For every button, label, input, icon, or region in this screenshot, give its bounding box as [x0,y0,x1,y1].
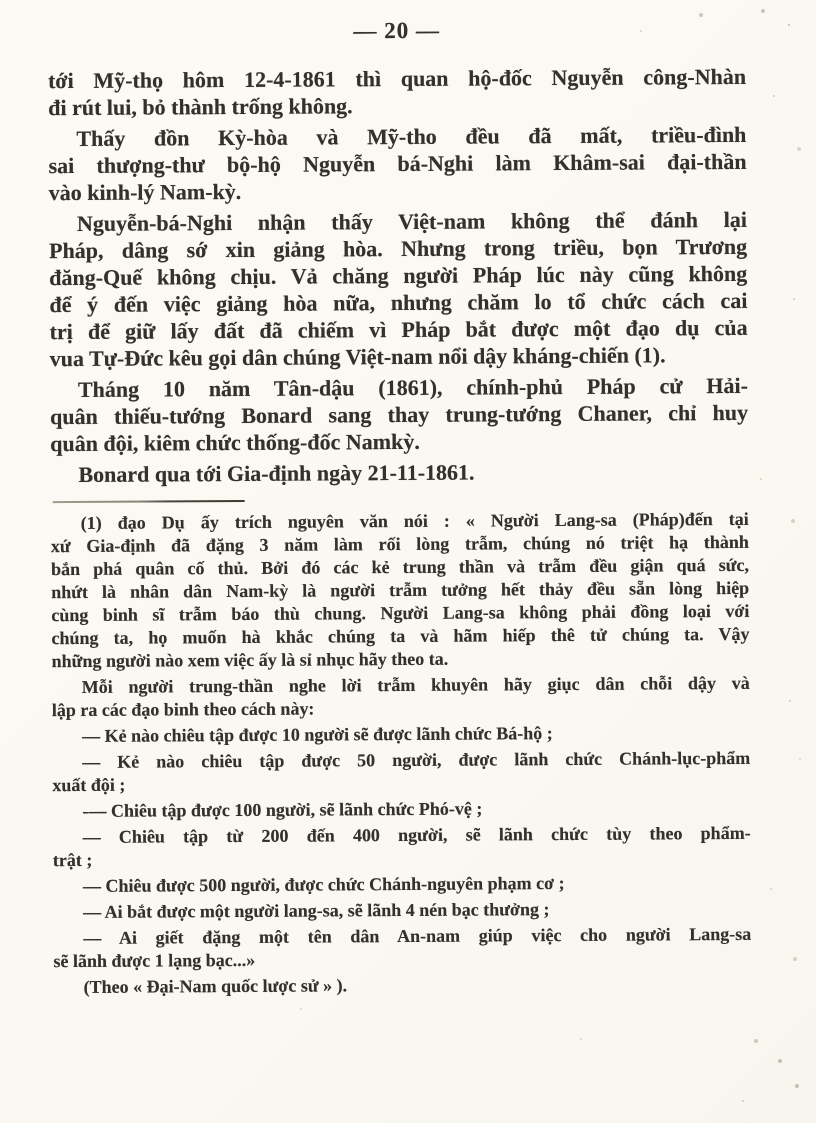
paragraph: — Chiêu được 500 người, được chức Chánh-… [53,871,751,898]
paragraph: Mỗi người trung-thần nghe lời trẫm khuyê… [52,672,750,722]
text-line: Pháp, dâng sớ xin giảng hòa. Nhưng trong… [49,233,747,264]
paragraph: -— Chiêu tập được 100 người, sẽ lãnh chứ… [52,796,750,823]
text-line: Thấy đồn Kỳ-hòa và Mỹ-tho đều đã mất, tr… [48,121,746,152]
text-line: — Kẻ nào chiêu tập được 50 người, được l… [52,747,750,774]
paragraph: — Chiêu tập từ 200 đến 400 người, sẽ lãn… [53,822,751,872]
text-line: — Chiêu được 500 người, được chức Chánh-… [53,871,751,898]
text-line: (Theo « Đại-Nam quốc lược sử » ). [54,972,752,999]
paragraph: Nguyễn-bá-Nghi nhận thấy Việt-nam không … [49,206,748,372]
paragraph: — Ai giết đặng một tên dân An-nam giúp v… [53,923,751,973]
text-line: quân thiếu-tướng Bonard sang thay trung-… [50,399,748,430]
text-line: -— Chiêu tập được 100 người, sẽ lãnh chứ… [52,796,750,823]
text-line: Bonard qua tới Gia-định ngày 21-11-1861. [50,457,748,488]
scanned-book-page: — 20 — tới Mỹ-thọ hôm 12-4-1861 thì quan… [0,0,816,1123]
text-line: xuất đội ; [52,770,750,797]
text-line: vua Tự-Đức kêu gọi dân chúng Việt-nam nổ… [50,341,748,372]
text-line: sai thượng-thư bộ-hộ Nguyễn bá-Nghi làm … [48,148,746,179]
scan-noise-specks [0,0,2,2]
text-line: Nguyễn-bá-Nghi nhận thấy Việt-nam không … [49,206,747,237]
text-line: Tháng 10 năm Tân-dậu (1861), chính-phủ P… [50,372,748,403]
text-line: quân đội, kiêm chức thống-đốc Namkỳ. [50,426,748,457]
text-line: — Chiêu tập từ 200 đến 400 người, sẽ lãn… [53,822,751,849]
text-line: chúng ta, họ muốn hà khắc chúng ta và hã… [51,623,749,650]
text-line: Mỗi người trung-thần nghe lời trẫm khuyê… [52,672,750,699]
paragraph: Thấy đồn Kỳ-hòa và Mỹ-tho đều đã mất, tr… [48,121,746,206]
text-line: vào kinh-lý Nam-kỳ. [49,175,747,206]
footnote-separator [53,500,245,503]
footnote-text: (1) đạo Dụ ấy trích nguyên văn nói : « N… [51,508,752,999]
paragraph: — Kẻ nào chiêu tập được 10 người sẽ được… [52,721,750,748]
paragraph: — Ai bắt được một người lang-sa, sẽ lãnh… [53,897,751,924]
text-line: tới Mỹ-thọ hôm 12-4-1861 thì quan hộ-đốc… [48,63,746,94]
page-number: — 20 — [48,16,746,46]
text-line: để ý đến việc giảng hòa nữa, nhưng chăm … [49,287,747,318]
text-line: những người nào xem việc ấy là sỉ nhục h… [52,646,750,673]
text-line: đi rút lui, bỏ thành trống không. [48,90,746,121]
text-line: lập ra các đạo binh theo cách này: [52,695,750,722]
body-text: tới Mỹ-thọ hôm 12-4-1861 thì quan hộ-đốc… [48,63,749,488]
text-line: trật ; [53,845,751,872]
paragraph: — Kẻ nào chiêu tập được 50 người, được l… [52,747,750,797]
text-line: — Kẻ nào chiêu tập được 10 người sẽ được… [52,721,750,748]
paragraph: Tháng 10 năm Tân-dậu (1861), chính-phủ P… [50,372,748,457]
text-line: sẽ lãnh được 1 lạng bạc...» [53,946,751,973]
text-line: đăng-Quế không chịu. Vả chăng người Pháp… [49,260,747,291]
paragraph: Bonard qua tới Gia-định ngày 21-11-1861. [50,457,748,488]
paragraph: (Theo « Đại-Nam quốc lược sử » ). [54,972,752,999]
paragraph: (1) đạo Dụ ấy trích nguyên văn nói : « N… [51,508,750,673]
text-line: — Ai giết đặng một tên dân An-nam giúp v… [53,923,751,950]
page-content: — 20 — tới Mỹ-thọ hôm 12-4-1861 thì quan… [48,0,752,1002]
paragraph: tới Mỹ-thọ hôm 12-4-1861 thì quan hộ-đốc… [48,63,746,121]
text-line: trị để giữ lấy đất đã chiếm vì Pháp bắt … [49,314,747,345]
text-line: — Ai bắt được một người lang-sa, sẽ lãnh… [53,897,751,924]
